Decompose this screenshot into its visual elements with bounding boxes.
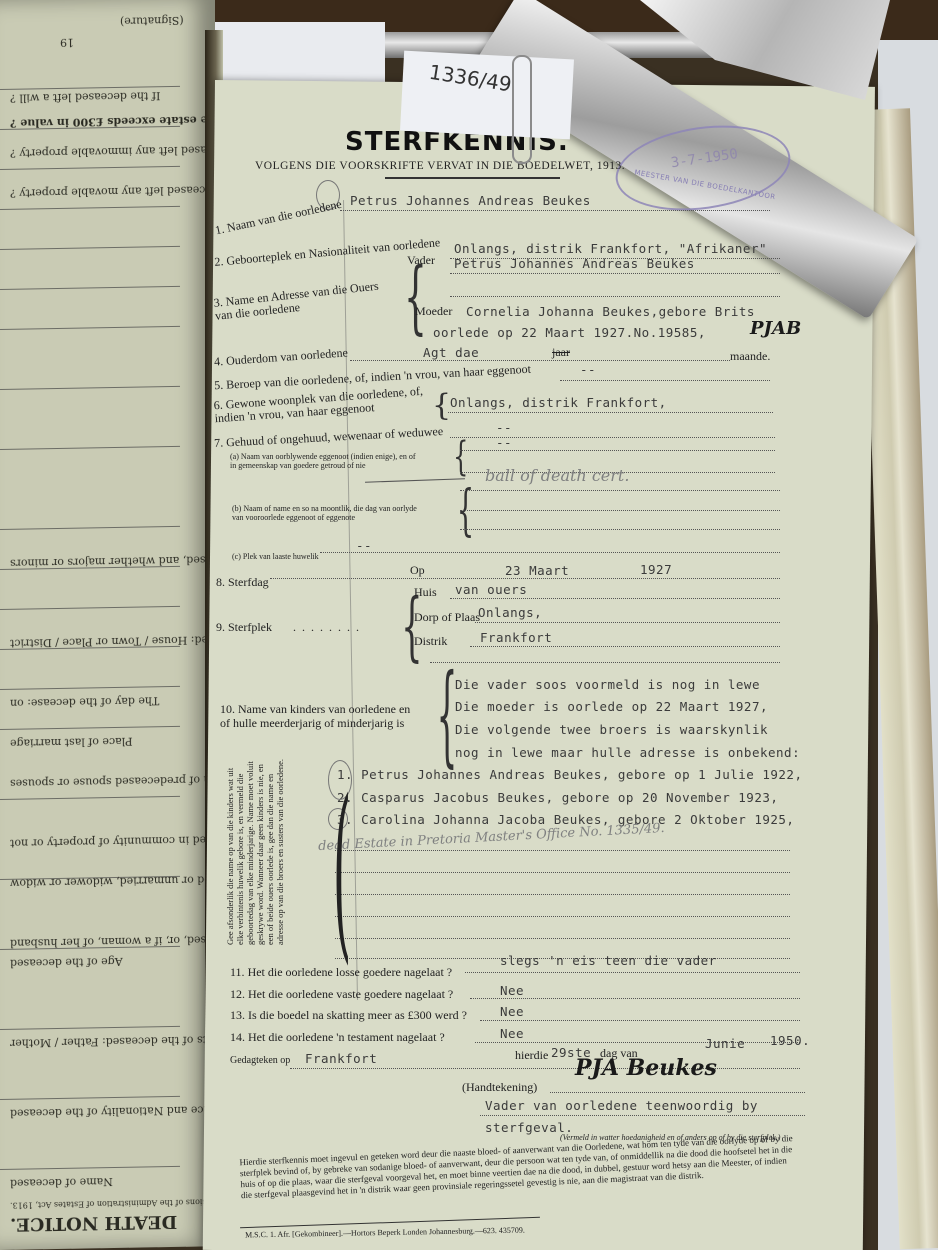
movable-property-value[interactable]: slegs 'n eis teen die vader: [500, 953, 717, 968]
paperclip-icon: [512, 55, 532, 164]
stamp-date: 3-7-1950: [670, 146, 739, 171]
sibling-1[interactable]: 1. Petrus Johannes Andreas Beukes, gebor…: [337, 767, 803, 782]
left-line: Age of the deceased: [10, 955, 123, 970]
signed-month[interactable]: Junie: [705, 1036, 745, 1051]
house-label: Huis: [414, 585, 437, 600]
file-number-slip: 1336/49: [400, 51, 574, 140]
initials-signature: PJAB: [750, 318, 801, 339]
line: [475, 622, 780, 623]
left-line: Name of deceased: [10, 1175, 113, 1190]
line: [460, 450, 775, 451]
line: [340, 210, 770, 211]
sibling-2[interactable]: 2. Casparus Jacobus Beukes, gebore op 20…: [337, 790, 778, 805]
left-line: If the deceased left a will ?: [10, 89, 160, 105]
left-line: Place of last marriage: [10, 735, 133, 750]
left-page-upside-down: DEATH NOTICE. Pursuant to the Provisions…: [0, 0, 210, 1250]
field-10-label: 10. Name van kinders van oorledene en of…: [220, 702, 420, 730]
field-7c-label: (c) Plek van laaste huwelik: [232, 552, 319, 561]
field-12-label: 12. Het die oorledene vaste goedere nage…: [230, 987, 453, 1002]
mother-name[interactable]: Cornelia Johanna Beukes,gebore Brits: [466, 304, 755, 319]
mother-label: Moeder: [415, 304, 452, 319]
line: [450, 598, 780, 599]
line: [450, 296, 780, 297]
brace: (: [333, 760, 352, 981]
field-7a-label: (a) Naam van oorblywende eggenoot (indie…: [230, 452, 420, 470]
signed-place[interactable]: Frankfort: [305, 1051, 377, 1066]
death-year[interactable]: 1927: [640, 562, 672, 577]
district-label: Distrik: [414, 634, 447, 649]
line: [550, 1092, 805, 1093]
deceased-name[interactable]: Petrus Johannes Andreas Beukes: [350, 193, 591, 208]
occupation-value[interactable]: --: [580, 362, 596, 377]
surviving-spouse-value[interactable]: --: [496, 435, 512, 450]
children-line-2[interactable]: Die moeder is oorlede op 22 Maart 1927,: [455, 699, 768, 714]
handwritten-margin-note: ball of death cert.: [485, 466, 629, 485]
brace: {: [453, 434, 468, 480]
line: [475, 1042, 800, 1043]
children-line-4[interactable]: nog in lewe maar hulle adresse is onbeke…: [455, 745, 800, 760]
signer-capacity-1[interactable]: Vader van oorledene teenwoordig by: [485, 1098, 758, 1113]
stamp-text: MEESTER VAN DIE BOEDELKANTOOR: [634, 169, 777, 202]
line: [290, 1068, 800, 1069]
brace: {: [432, 388, 451, 423]
field-14-label: 14. Het die oorledene 'n testament nagel…: [230, 1030, 445, 1045]
children-line-1[interactable]: Die vader soos voormeld is nog in lewe: [455, 677, 760, 692]
line: [270, 578, 780, 579]
line: [460, 510, 780, 511]
line: [450, 273, 780, 274]
date-prefix: Op: [410, 563, 425, 578]
age-years-unit: jaar: [552, 345, 570, 360]
sibling-3[interactable]: 3. Carolina Johanna Jacoba Beukes, gebor…: [337, 812, 794, 827]
birthplace-nationality[interactable]: Onlangs, distrik Frankfort, "Afrikaner": [454, 241, 767, 256]
field-7b-label: (b) Naam of name en so na moontlik, die …: [232, 504, 422, 522]
line: [560, 380, 770, 381]
mother-death-info[interactable]: oorlede op 22 Maart 1927.No.19585,: [433, 325, 706, 340]
line: [460, 490, 780, 491]
line: [335, 850, 790, 851]
death-date[interactable]: 23 Maart: [505, 563, 569, 578]
left-title: DEATH NOTICE.: [10, 1211, 177, 1235]
last-marriage-place[interactable]: --: [356, 538, 372, 553]
left-line: The day of the decease: on: [10, 694, 159, 710]
line: [480, 1020, 800, 1021]
field-9-label: 9. Sterfplek ........: [216, 620, 365, 635]
children-line-3[interactable]: Die volgende twee broers is waarskynlik: [455, 722, 768, 737]
line: [335, 916, 790, 917]
line: [465, 972, 800, 973]
estate-value-answer[interactable]: Nee: [500, 1004, 524, 1019]
signed-year[interactable]: 1950.: [770, 1033, 810, 1048]
file-number: 1336/49: [427, 60, 513, 97]
line: [335, 938, 790, 939]
line: [350, 360, 730, 361]
title-rule: [385, 177, 560, 179]
town-value[interactable]: Onlangs,: [478, 605, 542, 620]
father-name[interactable]: Petrus Johannes Andreas Beukes: [454, 256, 695, 271]
line: [460, 529, 780, 530]
line: [470, 646, 780, 647]
line: [470, 998, 800, 999]
left-signature-label: (Signature): [120, 14, 184, 28]
left-page: DEATH NOTICE. Pursuant to the Provisions…: [0, 0, 215, 1250]
residence-value[interactable]: Onlangs, distrik Frankfort,: [450, 395, 667, 410]
marital-status-value[interactable]: --: [496, 420, 512, 435]
field-11-label: 11. Het die oorledene losse goedere nage…: [230, 965, 452, 980]
line: [480, 1115, 805, 1116]
will-answer[interactable]: Nee: [500, 1026, 524, 1041]
district-value[interactable]: Frankfort: [480, 630, 552, 645]
immovable-property-value[interactable]: Nee: [500, 983, 524, 998]
signature: PJA Beukes: [575, 1055, 717, 1081]
house-value[interactable]: van ouers: [455, 582, 527, 597]
left-page-number: 19: [60, 36, 74, 49]
line: [335, 872, 790, 873]
signed-day-label: hierdie: [515, 1048, 548, 1063]
children-instruction-note: Gee afsonderlik die name op van die kind…: [225, 755, 285, 945]
age-value[interactable]: Agt dae: [423, 345, 479, 360]
form-subtitle: VOLGENS DIE VOORSKRIFTE VERVAT IN DIE BO…: [255, 160, 625, 172]
field-8-label: 8. Sterfdag: [216, 575, 269, 590]
town-label: Dorp of Plaas: [414, 610, 480, 625]
line: [430, 662, 780, 663]
line: [335, 894, 790, 895]
signed-at-label: Gedagteken op: [230, 1055, 290, 1066]
father-label: Vader: [407, 253, 435, 268]
line: [448, 412, 773, 413]
line: [320, 552, 780, 553]
signature-label: (Handtekening): [462, 1080, 537, 1095]
age-months-unit: maande.: [730, 349, 770, 364]
field-13-label: 13. Is die boedel na skatting meer as £3…: [230, 1008, 467, 1023]
